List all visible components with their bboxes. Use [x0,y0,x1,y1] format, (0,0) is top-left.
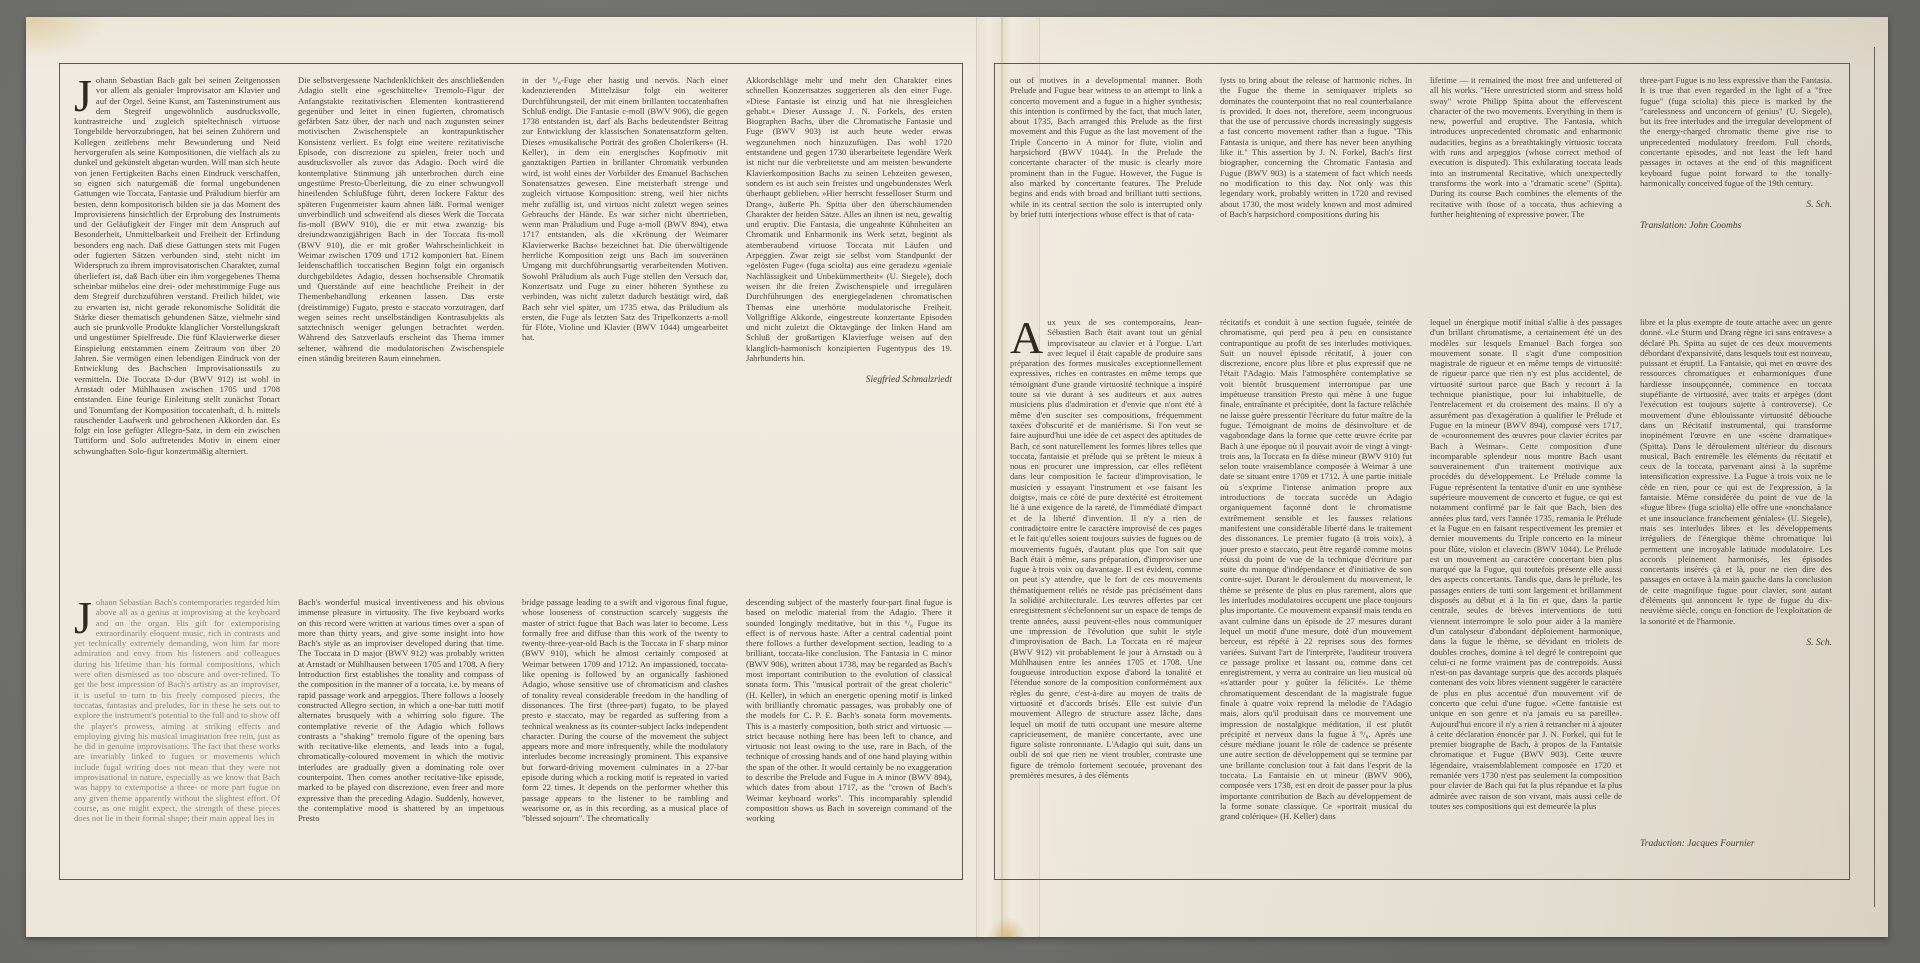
drop-cap: J [74,77,92,115]
sleeve-fold-edge [1874,47,1875,907]
german-notes: Johann Sebastian Bach galt bei seinen Ze… [74,75,952,525]
german-column-4: Akkordschläge mehr und mehr den Charakte… [746,75,952,515]
english-cont-column-3: lifetime — it remained the most free and… [1430,75,1622,245]
french-notes: Aux yeux de ses contemporains, Jean-Séba… [1010,317,1836,869]
english-notes-continued: out of motives in a developmental manner… [1010,75,1836,275]
drop-cap: J [74,599,92,637]
english-column-4: descending subject of the masterly four-… [746,597,952,869]
french-column-3: lequel un énergique motif initial s'alli… [1430,317,1622,869]
drop-cap: A [1010,319,1043,357]
english-notes: Johann Sebastian Bach's contemporaries r… [74,597,952,869]
english-cont-column-4: three-part Fugue is no less expressive t… [1640,75,1832,275]
paper-stain [26,17,106,57]
french-column-1: Aux yeux de ses contemporains, Jean-Séba… [1010,317,1202,869]
translation-credit: Traduction: Jacques Fournier [1640,839,1755,849]
english-column-3: bridge passage leading to a swift and vi… [522,597,728,869]
author-signature: S. Sch. [1640,200,1832,210]
french-column-4: libre et la plus exempte de toute attach… [1640,317,1832,869]
english-cont-column-2: lysts to bring about the release of harm… [1220,75,1412,245]
german-column-1: Johann Sebastian Bach galt bei seinen Ze… [74,75,280,525]
author-signature: Siegfried Schmalzriedt [746,375,952,385]
english-column-2: Bach's wonderful musical inventiveness a… [298,597,504,869]
translation-credit: Translation: John Coombs [1640,221,1832,231]
author-signature: S. Sch. [1640,638,1832,648]
english-cont-column-1: out of motives in a developmental manner… [1010,75,1202,245]
german-column-3: in der ⁶/₈-Fuge eher hastig und nervös. … [522,75,728,525]
french-column-2: récitatifs et conduit à une section fugu… [1220,317,1412,869]
spine-stain [987,917,1027,937]
lp-gatefold-sleeve: Johann Sebastian Bach galt bei seinen Ze… [26,17,1888,937]
english-column-1: Johann Sebastian Bach's contemporaries r… [74,597,280,869]
german-column-2: Die selbstvergessene Nachdenklichkeit de… [298,75,504,525]
